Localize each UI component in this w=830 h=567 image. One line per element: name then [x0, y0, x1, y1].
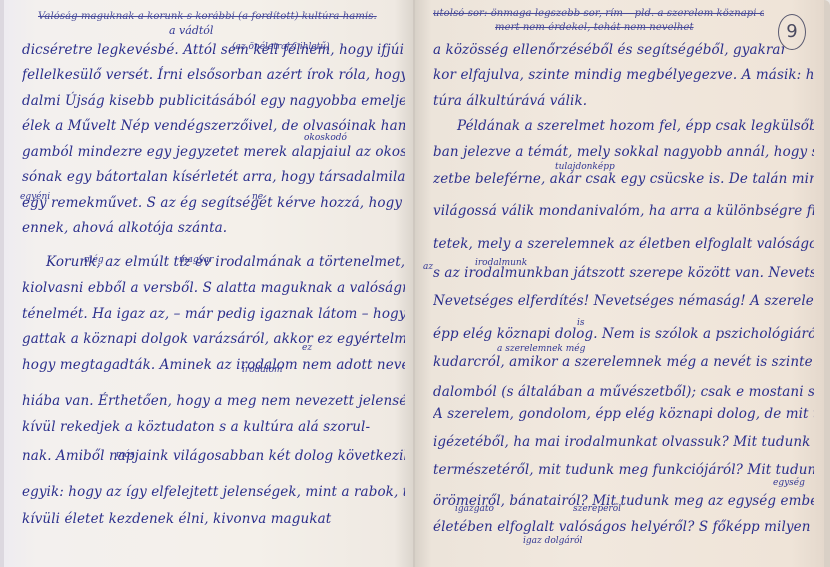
right-line: világossá válik mondanivalóm, ha arra a … [433, 200, 814, 230]
right-page: 9 utolsó sor: önmaga legszebb sor, rím –… [415, 0, 830, 567]
right-line: természetéről, mit tudunk meg funkciójár… [433, 459, 814, 489]
right-line: Nevetséges elferdítés! Nevetséges némasá… [433, 290, 814, 320]
right-line: épp elég köznapi dolog. Nem is szólok a … [433, 323, 814, 353]
right-line: kudarcról, amikor a szerelemnek még a ne… [433, 351, 814, 381]
right-insert: az [423, 262, 433, 272]
right-line: A szerelem, gondolom, épp elég köznapi d… [433, 403, 814, 433]
left-top-note-struck: Valóság maguknak a korunk s korábbi (a f… [38, 6, 405, 36]
left-top-insert: a vádtól [169, 24, 213, 37]
right-line: életében elfoglalt valóságos helyéről? S… [433, 516, 814, 546]
right-line: ban jelezve a témát, mely sokkal nagyobb… [433, 141, 814, 171]
left-line: ennek, ahová alkotója szánta. [22, 217, 405, 247]
right-line: igézetéből, ha mai irodalmunkat olvassuk… [433, 431, 814, 461]
right-line: zetbe beleférne, akár csak egy csücske i… [433, 168, 814, 198]
manuscript-spread: Valóság maguknak a korunk s korábbi (a f… [0, 0, 830, 567]
left-line: hogy megtagadták. Aminek az irodalom nem… [22, 354, 405, 384]
left-line: egyik: hogy az így elfelejtett jelensége… [22, 481, 405, 511]
left-line: kívüli életet kezdenek élni, kivonva mag… [22, 508, 405, 538]
left-page: Valóság maguknak a korunk s korábbi (a f… [0, 0, 415, 567]
right-line: s az irodalmunkban játszott szerepe közö… [433, 262, 814, 292]
left-line: nak. Amiből napjaink világosabban két do… [22, 445, 405, 475]
left-line: kívül rekedjek a köztudaton s a kultúra … [22, 416, 405, 446]
right-line: tetek, mely a szerelemnek az életben elf… [433, 233, 814, 263]
